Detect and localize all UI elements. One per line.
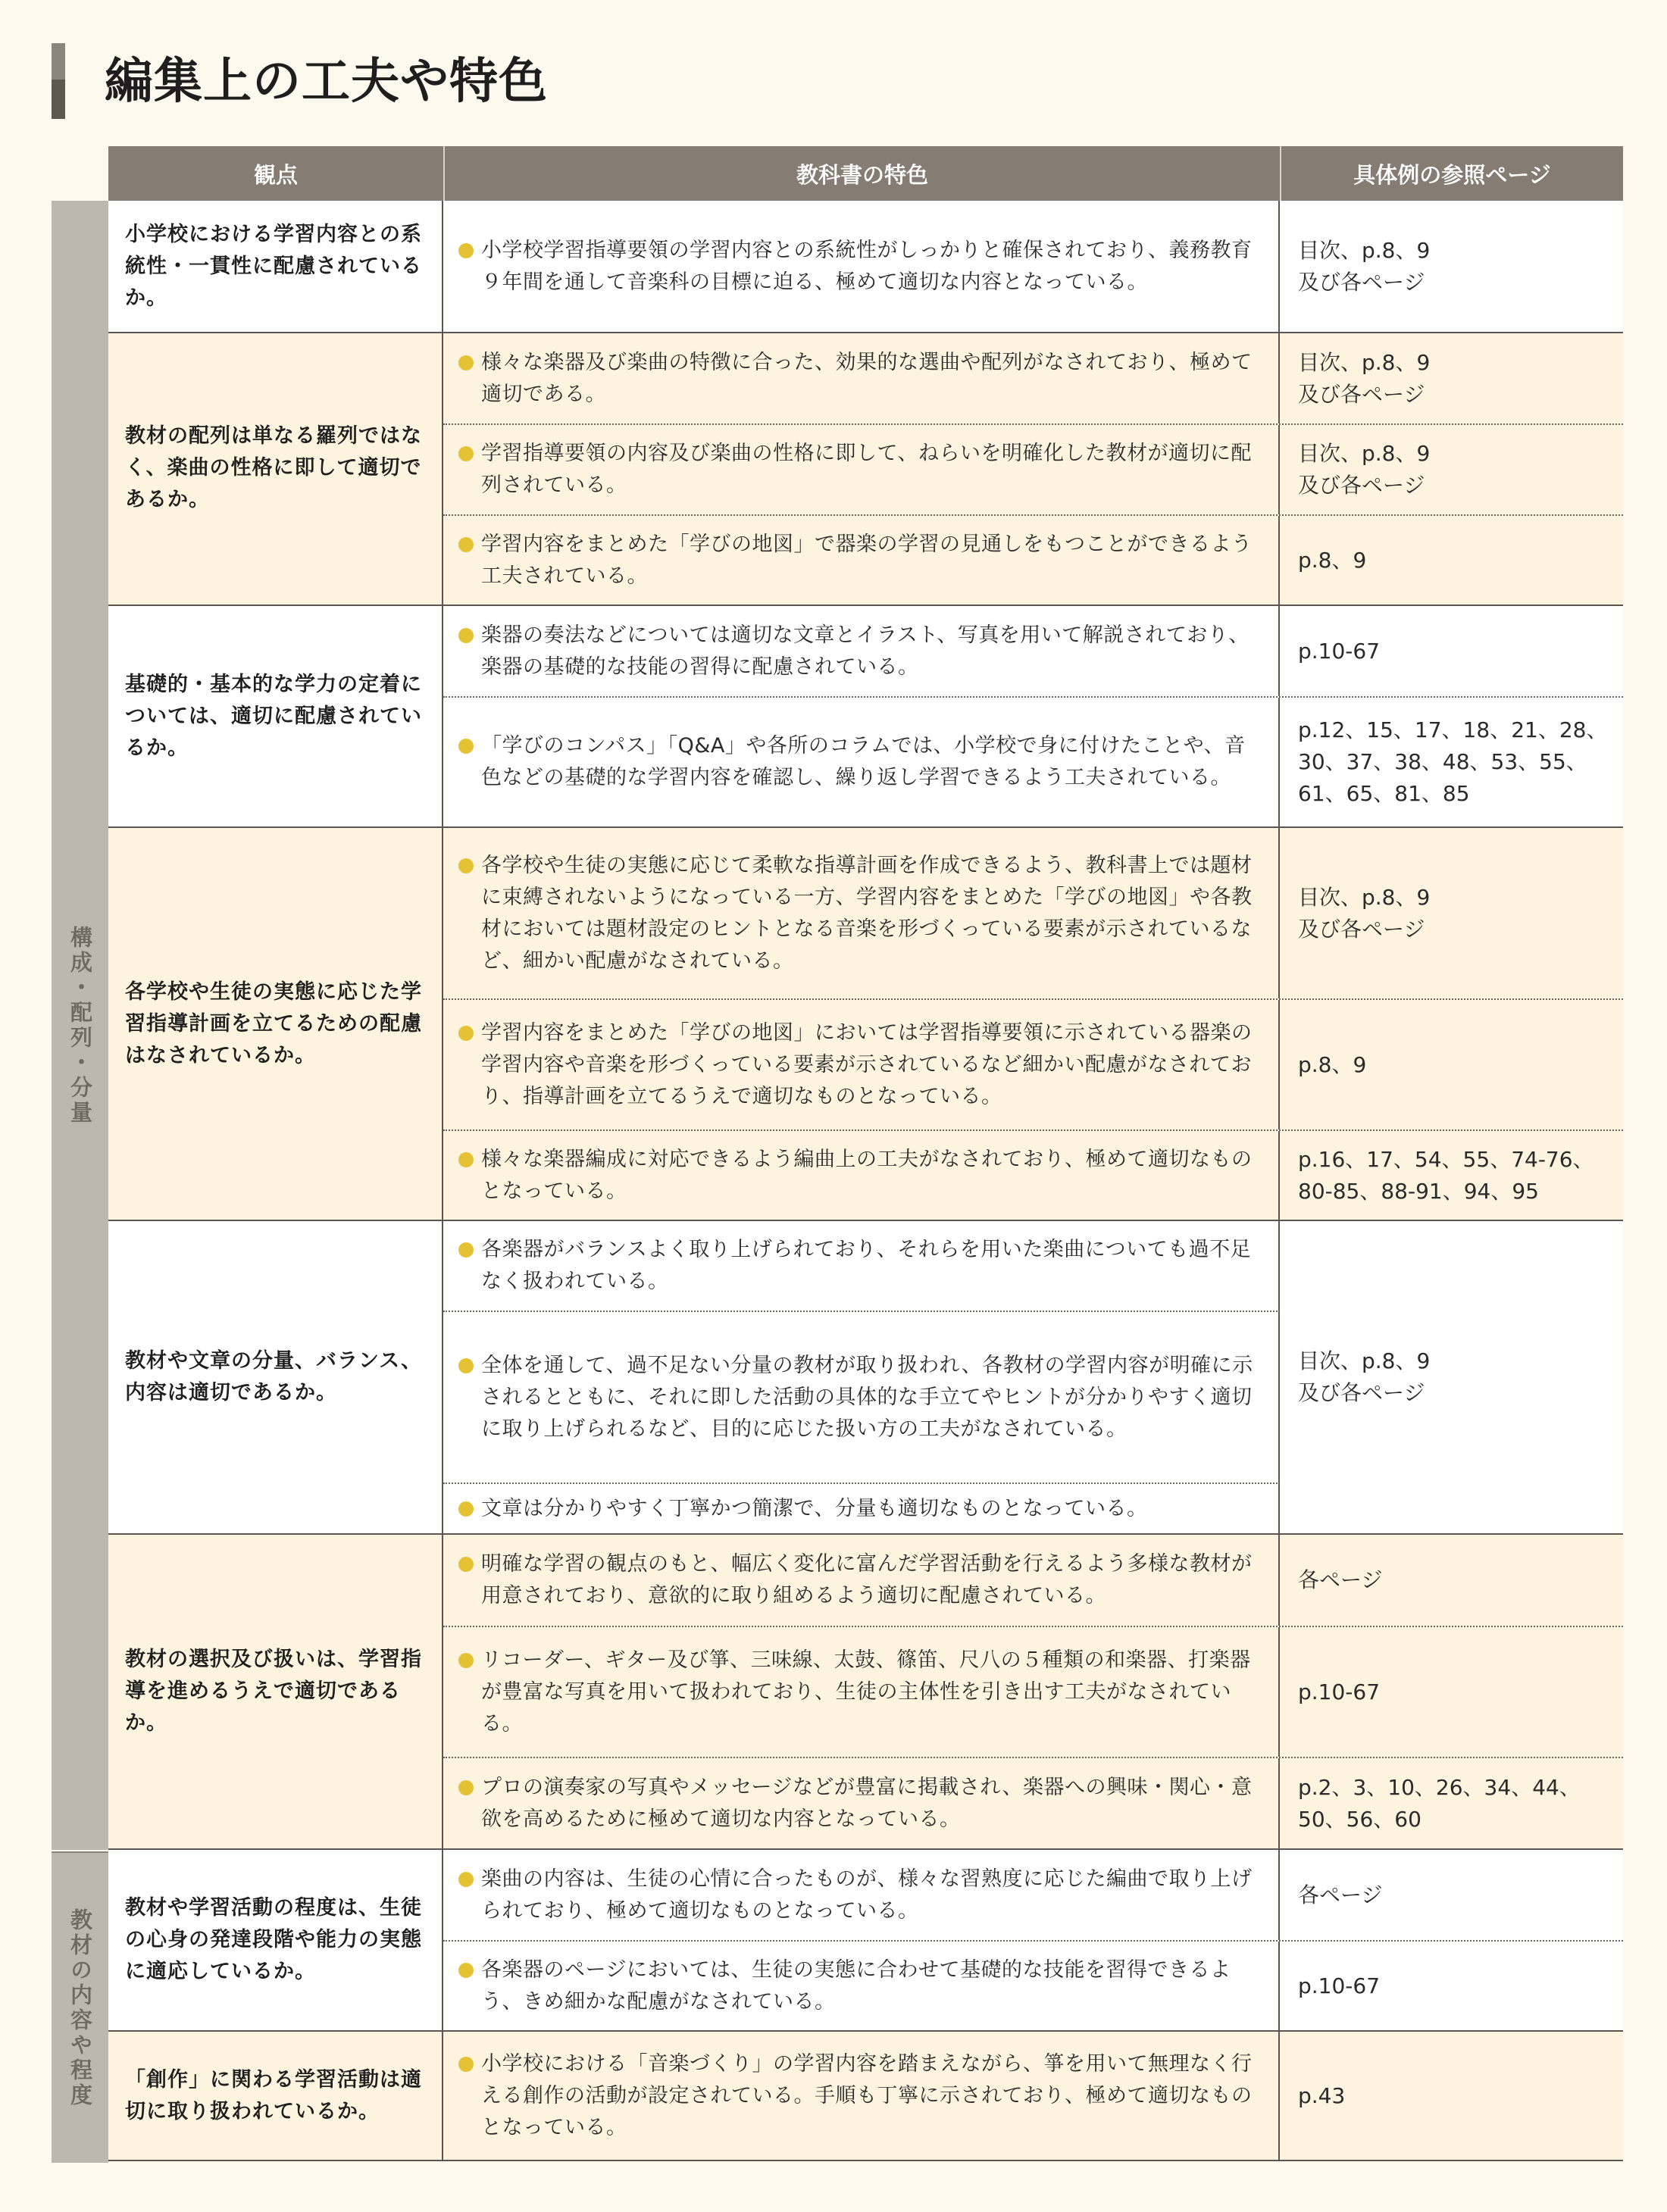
feature-text: 明確な学習の観点のもと、幅広く変化に富んだ学習活動を行えるよう多様な教材が用意さ… bbox=[481, 1548, 1263, 1612]
feature-item: 全体を通して、過不足ない分量の教材が取り扱われ、各教材の学習内容が明確に示される… bbox=[443, 1311, 1280, 1482]
feature-text: 各楽器のページにおいては、生徒の実態に合わせて基礎的な技能を習得できるよう、きめ… bbox=[481, 1954, 1263, 2018]
bullet-icon bbox=[458, 1780, 474, 1795]
feature-item: 小学校における「音楽づくり」の学習内容を踏まえながら、箏を用いて無理なく行える創… bbox=[443, 2032, 1623, 2160]
feature-text: 各楽器がバランスよく取り上げられており、それらを用いた楽曲についても過不足なく扱… bbox=[481, 1234, 1263, 1298]
feature-cell: 各楽器がバランスよく取り上げられており、それらを用いた楽曲についても過不足なく扱… bbox=[443, 1221, 1280, 1311]
reference-text: p.10-67 bbox=[1298, 1970, 1380, 2002]
reference-text: p.10-67 bbox=[1298, 1676, 1380, 1708]
feature-text: 小学校における「音楽づくり」の学習内容を踏まえながら、箏を用いて無理なく行える創… bbox=[481, 2048, 1263, 2144]
table-row: 教材や文章の分量、バランス、内容は適切であるか。 各楽器がバランスよく取り上げら… bbox=[108, 1221, 1623, 1535]
bullet-icon bbox=[458, 1026, 474, 1041]
feature-cell: 学習指導要領の内容及び楽曲の性格に即して、ねらいを明確化した教材が適切に配列され… bbox=[443, 425, 1280, 514]
viewpoint-question: 教材の選択及び扱いは、学習指導を進めるうえで適切であるか。 bbox=[125, 1644, 425, 1739]
bullet-icon bbox=[458, 1557, 474, 1572]
reference-cell: 各ページ bbox=[1280, 1535, 1623, 1626]
bullet-icon bbox=[458, 1501, 474, 1517]
feature-cell: 様々な楽器及び楽曲の特徴に合った、効果的な選曲や配列がなされており、極めて適切で… bbox=[443, 333, 1280, 423]
feature-item: 学習内容をまとめた「学びの地図」で器楽の学習の見通しをもつことができるよう工夫さ… bbox=[443, 514, 1623, 605]
bullet-icon bbox=[458, 446, 474, 461]
feature-text: 全体を通して、過不足ない分量の教材が取り扱われ、各教材の学習内容が明確に示される… bbox=[481, 1350, 1263, 1445]
feature-text: 「学びのコンパス」「Q&A」や各所のコラムでは、小学校で身に付けたことや、音色な… bbox=[481, 730, 1263, 794]
bullet-icon bbox=[458, 537, 474, 552]
feature-cell: 各学校や生徒の実態に応じて柔軟な指導計画を作成できるよう、教科書上では題材に束縛… bbox=[443, 828, 1280, 998]
viewpoint-cell: 教材の選択及び扱いは、学習指導を進めるうえで適切であるか。 bbox=[108, 1535, 443, 1848]
reference-text: 目次、p.8、9 及び各ページ bbox=[1298, 1345, 1430, 1409]
feature-item: 各楽器のページにおいては、生徒の実態に合わせて基礎的な技能を習得できるよう、きめ… bbox=[443, 1940, 1623, 2030]
reference-cell: 目次、p.8、9 及び各ページ bbox=[1280, 425, 1623, 514]
feature-item: 小学校学習指導要領の学習内容との系統性がしっかりと確保されており、義務教育９年間… bbox=[443, 201, 1623, 332]
title-accent-bottom bbox=[52, 80, 65, 119]
category-label: 教材の内容や程度 bbox=[69, 1908, 91, 2108]
feature-cell: 小学校における「音楽づくり」の学習内容を踏まえながら、箏を用いて無理なく行える創… bbox=[443, 2032, 1280, 2160]
reference-cell: 目次、p.8、9 及び各ページ bbox=[1280, 201, 1623, 332]
viewpoint-cell: 教材や学習活動の程度は、生徒の心身の発達段階や能力の実態に適応しているか。 bbox=[108, 1850, 443, 2030]
viewpoint-cell: 小学校における学習内容との系統性・一貫性に配慮されているか。 bbox=[108, 201, 443, 332]
feature-cell: 小学校学習指導要領の学習内容との系統性がしっかりと確保されており、義務教育９年間… bbox=[443, 201, 1280, 332]
bullet-icon bbox=[458, 628, 474, 643]
reference-text: p.2、3、10、26、34、44、50、56、60 bbox=[1298, 1772, 1619, 1836]
reference-text: 目次、p.8、9 及び各ページ bbox=[1298, 235, 1430, 298]
category-structure: 構成・配列・分量 bbox=[52, 201, 108, 1850]
feature-text: 学習内容をまとめた「学びの地図」においては学習指導要領に示されている器楽の学習内… bbox=[481, 1017, 1263, 1113]
bullet-icon bbox=[458, 1152, 474, 1167]
viewpoint-cell: 基礎的・基本的な学力の定着については、適切に配慮されているか。 bbox=[108, 606, 443, 826]
bullet-icon bbox=[458, 1963, 474, 1978]
table-row: 各学校や生徒の実態に応じた学習指導計画を立てるための配慮はなされているか。 各学… bbox=[108, 828, 1623, 1221]
feature-text: プロの演奏家の写真やメッセージなどが豊富に掲載され、楽器への興味・関心・意欲を高… bbox=[481, 1772, 1263, 1836]
reference-cell: p.8、9 bbox=[1280, 1000, 1623, 1129]
reference-text: 目次、p.8、9 及び各ページ bbox=[1298, 347, 1430, 411]
header-viewpoint: 観点 bbox=[108, 146, 443, 201]
viewpoint-cell: 教材の配列は単なる羅列ではなく、楽曲の性格に即して適切であるか。 bbox=[108, 333, 443, 605]
table-row: 教材や学習活動の程度は、生徒の心身の発達段階や能力の実態に適応しているか。 楽曲… bbox=[108, 1850, 1623, 2032]
reference-cell: 各ページ bbox=[1280, 1850, 1623, 1940]
feature-text: 学習内容をまとめた「学びの地図」で器楽の学習の見通しをもつことができるよう工夫さ… bbox=[481, 529, 1263, 592]
feature-text: 各学校や生徒の実態に応じて柔軟な指導計画を作成できるよう、教科書上では題材に束縛… bbox=[481, 850, 1263, 977]
viewpoint-question: 小学校における学習内容との系統性・一貫性に配慮されているか。 bbox=[125, 219, 425, 314]
reference-cell: p.43 bbox=[1280, 2032, 1623, 2160]
bullet-icon bbox=[458, 2057, 474, 2072]
reference-cell: p.10-67 bbox=[1280, 1627, 1623, 1757]
feature-item: 楽曲の内容は、生徒の心情に合ったものが、様々な習熟度に応じた編曲で取り上げられて… bbox=[443, 1850, 1623, 1940]
feature-cell: 楽器の奏法などについては適切な文章とイラスト、写真を用いて解説されており、楽器の… bbox=[443, 606, 1280, 696]
table-header: 観点 教科書の特色 具体例の参照ページ bbox=[108, 146, 1623, 201]
feature-item: 各楽器がバランスよく取り上げられており、それらを用いた楽曲についても過不足なく扱… bbox=[443, 1221, 1280, 1311]
feature-item: リコーダー、ギター及び箏、三味線、太鼓、篠笛、尺八の５種類の和楽器、打楽器が豊富… bbox=[443, 1626, 1623, 1757]
feature-cell: 楽曲の内容は、生徒の心情に合ったものが、様々な習熟度に応じた編曲で取り上げられて… bbox=[443, 1850, 1280, 1940]
feature-item: プロの演奏家の写真やメッセージなどが豊富に掲載され、楽器への興味・関心・意欲を高… bbox=[443, 1757, 1623, 1848]
feature-text: 様々な楽器及び楽曲の特徴に合った、効果的な選曲や配列がなされており、極めて適切で… bbox=[481, 347, 1263, 411]
feature-cell: 各楽器のページにおいては、生徒の実態に合わせて基礎的な技能を習得できるよう、きめ… bbox=[443, 1942, 1280, 2030]
reference-text: p.10-67 bbox=[1298, 636, 1380, 667]
reference-cell: 目次、p.8、9 及び各ページ bbox=[1280, 1221, 1623, 1533]
feature-item: 学習指導要領の内容及び楽曲の性格に即して、ねらいを明確化した教材が適切に配列され… bbox=[443, 423, 1623, 514]
feature-text: 楽曲の内容は、生徒の心情に合ったものが、様々な習熟度に応じた編曲で取り上げられて… bbox=[481, 1864, 1263, 1927]
reference-cell: p.12、15、17、18、21、28、30、37、38、48、53、55、61… bbox=[1280, 698, 1623, 826]
reference-text: p.8、9 bbox=[1298, 1049, 1366, 1081]
feature-cell: 文章は分かりやすく丁寧かつ簡潔で、分量も適切なものとなっている。 bbox=[443, 1484, 1280, 1533]
viewpoint-question: 教材や学習活動の程度は、生徒の心身の発達段階や能力の実態に適応しているか。 bbox=[125, 1892, 425, 1988]
bullet-icon bbox=[458, 858, 474, 873]
feature-cell: 学習内容をまとめた「学びの地図」においては学習指導要領に示されている器楽の学習内… bbox=[443, 1000, 1280, 1129]
table-row: 「創作」に関わる学習活動は適切に取り扱われているか。 小学校における「音楽づくり… bbox=[108, 2032, 1623, 2161]
page-title: 編集上の工夫や特色 bbox=[105, 45, 548, 118]
reference-text: p.8、9 bbox=[1298, 545, 1366, 576]
bullet-icon bbox=[458, 1358, 474, 1373]
reference-text: p.43 bbox=[1298, 2080, 1345, 2112]
title-accent-top bbox=[52, 43, 65, 80]
feature-text: 様々な楽器編成に対応できるよう編曲上の工夫がなされており、極めて適切なものとなっ… bbox=[481, 1144, 1263, 1208]
title-accent-bar bbox=[52, 43, 65, 119]
feature-item: 「学びのコンパス」「Q&A」や各所のコラムでは、小学校で身に付けたことや、音色な… bbox=[443, 696, 1623, 826]
bullet-icon bbox=[458, 1242, 474, 1258]
feature-cell: 様々な楽器編成に対応できるよう編曲上の工夫がなされており、極めて適切なものとなっ… bbox=[443, 1131, 1280, 1220]
reference-cell: p.8、9 bbox=[1280, 516, 1623, 605]
feature-item: 様々な楽器及び楽曲の特徴に合った、効果的な選曲や配列がなされており、極めて適切で… bbox=[443, 333, 1623, 423]
feature-text: 文章は分かりやすく丁寧かつ簡潔で、分量も適切なものとなっている。 bbox=[481, 1493, 1147, 1525]
feature-cell: リコーダー、ギター及び箏、三味線、太鼓、篠笛、尺八の５種類の和楽器、打楽器が豊富… bbox=[443, 1627, 1280, 1757]
bullet-icon bbox=[458, 355, 474, 370]
viewpoint-cell: 教材や文章の分量、バランス、内容は適切であるか。 bbox=[108, 1221, 443, 1533]
feature-cell: 学習内容をまとめた「学びの地図」で器楽の学習の見通しをもつことができるよう工夫さ… bbox=[443, 516, 1280, 605]
feature-text: リコーダー、ギター及び箏、三味線、太鼓、篠笛、尺八の５種類の和楽器、打楽器が豊富… bbox=[481, 1645, 1263, 1740]
feature-cell: 「学びのコンパス」「Q&A」や各所のコラムでは、小学校で身に付けたことや、音色な… bbox=[443, 698, 1280, 826]
table-row: 教材の選択及び扱いは、学習指導を進めるうえで適切であるか。 明確な学習の観点のも… bbox=[108, 1535, 1623, 1850]
reference-text: 各ページ bbox=[1298, 1564, 1382, 1596]
feature-cell: 全体を通して、過不足ない分量の教材が取り扱われ、各教材の学習内容が明確に示される… bbox=[443, 1312, 1280, 1482]
reference-text: p.12、15、17、18、21、28、30、37、38、48、53、55、61… bbox=[1298, 714, 1619, 810]
viewpoint-question: 教材の配列は単なる羅列ではなく、楽曲の性格に即して適切であるか。 bbox=[125, 420, 425, 516]
viewpoint-question: 教材や文章の分量、バランス、内容は適切であるか。 bbox=[125, 1345, 425, 1409]
bullet-icon bbox=[458, 1872, 474, 1887]
feature-item: 文章は分かりやすく丁寧かつ簡潔で、分量も適切なものとなっている。 bbox=[443, 1482, 1280, 1533]
feature-item: 様々な楽器編成に対応できるよう編曲上の工夫がなされており、極めて適切なものとなっ… bbox=[443, 1129, 1623, 1220]
reference-text: 各ページ bbox=[1298, 1879, 1382, 1911]
reference-cell: 目次、p.8、9 及び各ページ bbox=[1280, 828, 1623, 998]
viewpoint-question: 「創作」に関わる学習活動は適切に取り扱われているか。 bbox=[125, 2064, 425, 2128]
reference-text: 目次、p.8、9 及び各ページ bbox=[1298, 882, 1430, 945]
table-row: 小学校における学習内容との系統性・一貫性に配慮されているか。 小学校学習指導要領… bbox=[108, 201, 1623, 333]
header-features: 教科書の特色 bbox=[443, 146, 1280, 201]
feature-item: 明確な学習の観点のもと、幅広く変化に富んだ学習活動を行えるよう多様な教材が用意さ… bbox=[443, 1535, 1623, 1626]
feature-item: 楽器の奏法などについては適切な文章とイラスト、写真を用いて解説されており、楽器の… bbox=[443, 606, 1623, 696]
category-content: 教材の内容や程度 bbox=[52, 1851, 108, 2163]
reference-cell: p.16、17、54、55、74-76、80-85、88-91、94、95 bbox=[1280, 1131, 1623, 1220]
table-row: 教材の配列は単なる羅列ではなく、楽曲の性格に即して適切であるか。 様々な楽器及び… bbox=[108, 333, 1623, 606]
feature-text: 学習指導要領の内容及び楽曲の性格に即して、ねらいを明確化した教材が適切に配列され… bbox=[481, 438, 1263, 501]
feature-cell: 明確な学習の観点のもと、幅広く変化に富んだ学習活動を行えるよう多様な教材が用意さ… bbox=[443, 1535, 1280, 1626]
reference-text: p.16、17、54、55、74-76、80-85、88-91、94、95 bbox=[1298, 1144, 1619, 1208]
viewpoint-cell: 各学校や生徒の実態に応じた学習指導計画を立てるための配慮はなされているか。 bbox=[108, 828, 443, 1220]
feature-item: 学習内容をまとめた「学びの地図」においては学習指導要領に示されている器楽の学習内… bbox=[443, 998, 1623, 1129]
bullet-icon bbox=[458, 739, 474, 754]
category-label: 構成・配列・分量 bbox=[69, 926, 91, 1126]
viewpoint-question: 基礎的・基本的な学力の定着については、適切に配慮されているか。 bbox=[125, 669, 425, 764]
bullet-icon bbox=[458, 1653, 474, 1668]
header-reference-pages: 具体例の参照ページ bbox=[1280, 146, 1623, 201]
viewpoint-question: 各学校や生徒の実態に応じた学習指導計画を立てるための配慮はなされているか。 bbox=[125, 976, 425, 1072]
reference-text: 目次、p.8、9 及び各ページ bbox=[1298, 438, 1430, 501]
feature-text: 小学校学習指導要領の学習内容との系統性がしっかりと確保されており、義務教育９年間… bbox=[481, 235, 1263, 298]
bullet-icon bbox=[458, 243, 474, 258]
reference-cell: p.2、3、10、26、34、44、50、56、60 bbox=[1280, 1758, 1623, 1848]
feature-item: 各学校や生徒の実態に応じて柔軟な指導計画を作成できるよう、教科書上では題材に束縛… bbox=[443, 828, 1623, 998]
reference-cell: p.10-67 bbox=[1280, 606, 1623, 696]
feature-cell: プロの演奏家の写真やメッセージなどが豊富に掲載され、楽器への興味・関心・意欲を高… bbox=[443, 1758, 1280, 1848]
reference-cell: 目次、p.8、9 及び各ページ bbox=[1280, 333, 1623, 423]
reference-cell: p.10-67 bbox=[1280, 1942, 1623, 2030]
feature-text: 楽器の奏法などについては適切な文章とイラスト、写真を用いて解説されており、楽器の… bbox=[481, 620, 1263, 683]
table-row: 基礎的・基本的な学力の定着については、適切に配慮されているか。 楽器の奏法などに… bbox=[108, 606, 1623, 828]
viewpoint-cell: 「創作」に関わる学習活動は適切に取り扱われているか。 bbox=[108, 2032, 443, 2160]
